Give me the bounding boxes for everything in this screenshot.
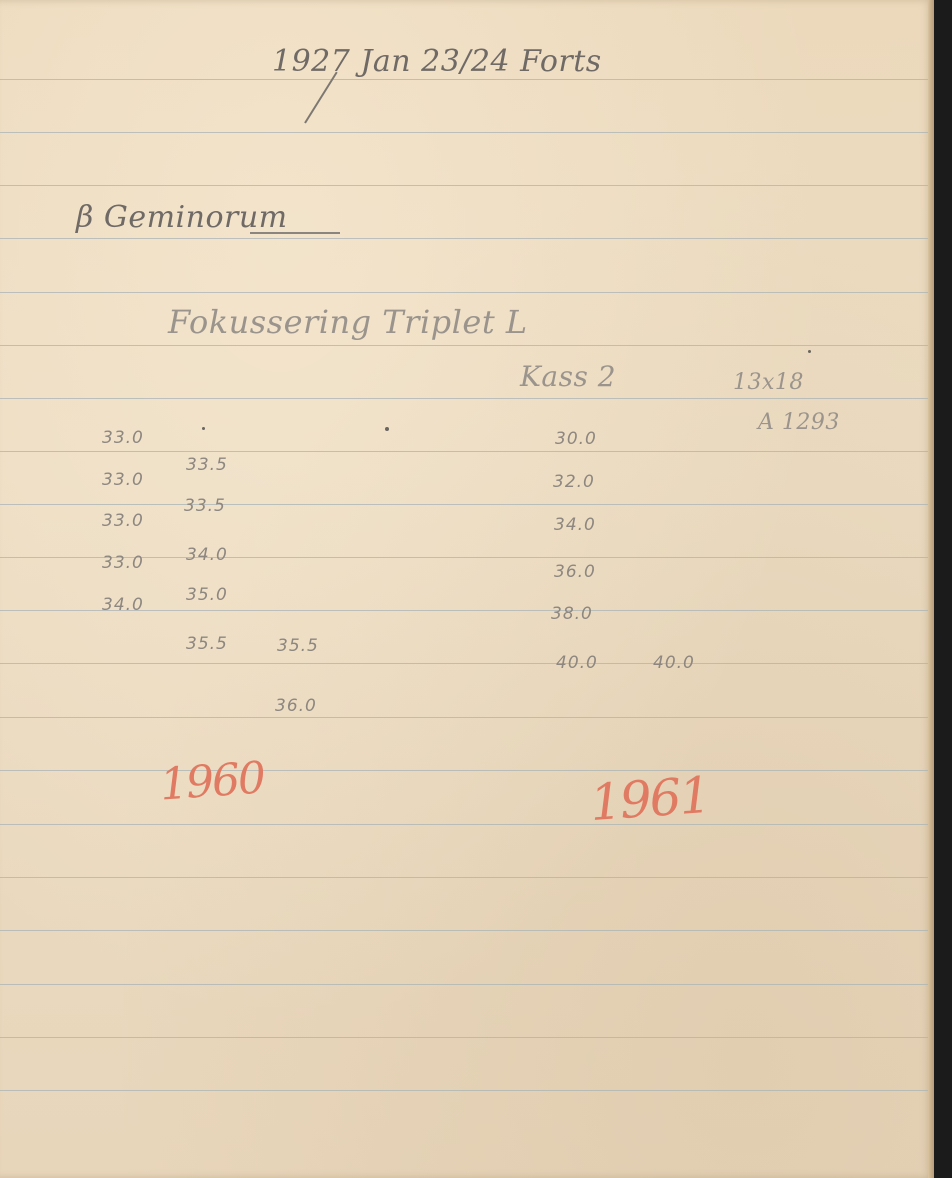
- year-annotation-left: 1960: [158, 752, 265, 810]
- year-annotation-right: 1961: [588, 766, 711, 832]
- header-date-line: 1927 Jan 23/24 Forts: [272, 44, 602, 79]
- pencil-dot: [202, 427, 205, 430]
- left-col1-value: 33.0: [102, 470, 144, 490]
- ruled-line: [0, 345, 930, 346]
- left-col1-value: 33.0: [102, 428, 144, 448]
- ruled-line: [0, 185, 930, 186]
- ruled-line: [0, 132, 930, 133]
- left-col3-value: 35.5: [277, 636, 319, 656]
- plate-size: 13x18: [733, 370, 804, 395]
- ruled-line: [0, 1037, 930, 1038]
- right-col1-value: 38.0: [551, 604, 593, 624]
- ruled-line: [0, 398, 930, 399]
- right-col1-value: 32.0: [553, 472, 595, 492]
- left-col2-value: 34.0: [186, 545, 228, 565]
- ruled-line: [0, 717, 930, 718]
- section-title: Fokussering Triplet L: [168, 303, 528, 341]
- ruled-line: [0, 504, 930, 505]
- subject-title: β Geminorum: [76, 200, 288, 235]
- ruled-line: [0, 238, 930, 239]
- plate-id: A 1293: [758, 410, 840, 435]
- right-col1-value: 40.0: [556, 653, 598, 673]
- right-col1-value: 34.0: [554, 515, 596, 535]
- right-col2-value: 40.0: [653, 653, 695, 673]
- underline-stroke: [250, 232, 340, 234]
- notebook-page: 1927 Jan 23/24 Forts β Geminorum Fokusse…: [0, 0, 934, 1178]
- ruled-line: [0, 824, 930, 825]
- ruled-line: [0, 770, 930, 771]
- pencil-dot: [808, 350, 811, 353]
- left-col2-value: 33.5: [186, 455, 228, 475]
- right-col1-value: 36.0: [554, 562, 596, 582]
- ruled-line: [0, 451, 930, 452]
- left-col3-value: 36.0: [275, 696, 317, 716]
- pencil-dot: [385, 427, 389, 431]
- left-col2-value: 35.5: [186, 634, 228, 654]
- ruled-line: [0, 292, 930, 293]
- left-col1-value: 33.0: [102, 511, 144, 531]
- left-col1-value: 33.0: [102, 553, 144, 573]
- right-col1-value: 30.0: [555, 429, 597, 449]
- left-col2-value: 35.0: [186, 585, 228, 605]
- left-col1-value-erased: 34.0: [102, 595, 144, 615]
- page-edge: [928, 0, 934, 1178]
- left-col2-value: 33.5: [184, 496, 226, 516]
- ruled-line: [0, 663, 930, 664]
- section-subtitle: Kass 2: [520, 360, 616, 393]
- ruled-line: [0, 79, 930, 80]
- ruled-line: [0, 877, 930, 878]
- ruled-line: [0, 930, 930, 931]
- ruled-line: [0, 1090, 930, 1091]
- ruled-line: [0, 984, 930, 985]
